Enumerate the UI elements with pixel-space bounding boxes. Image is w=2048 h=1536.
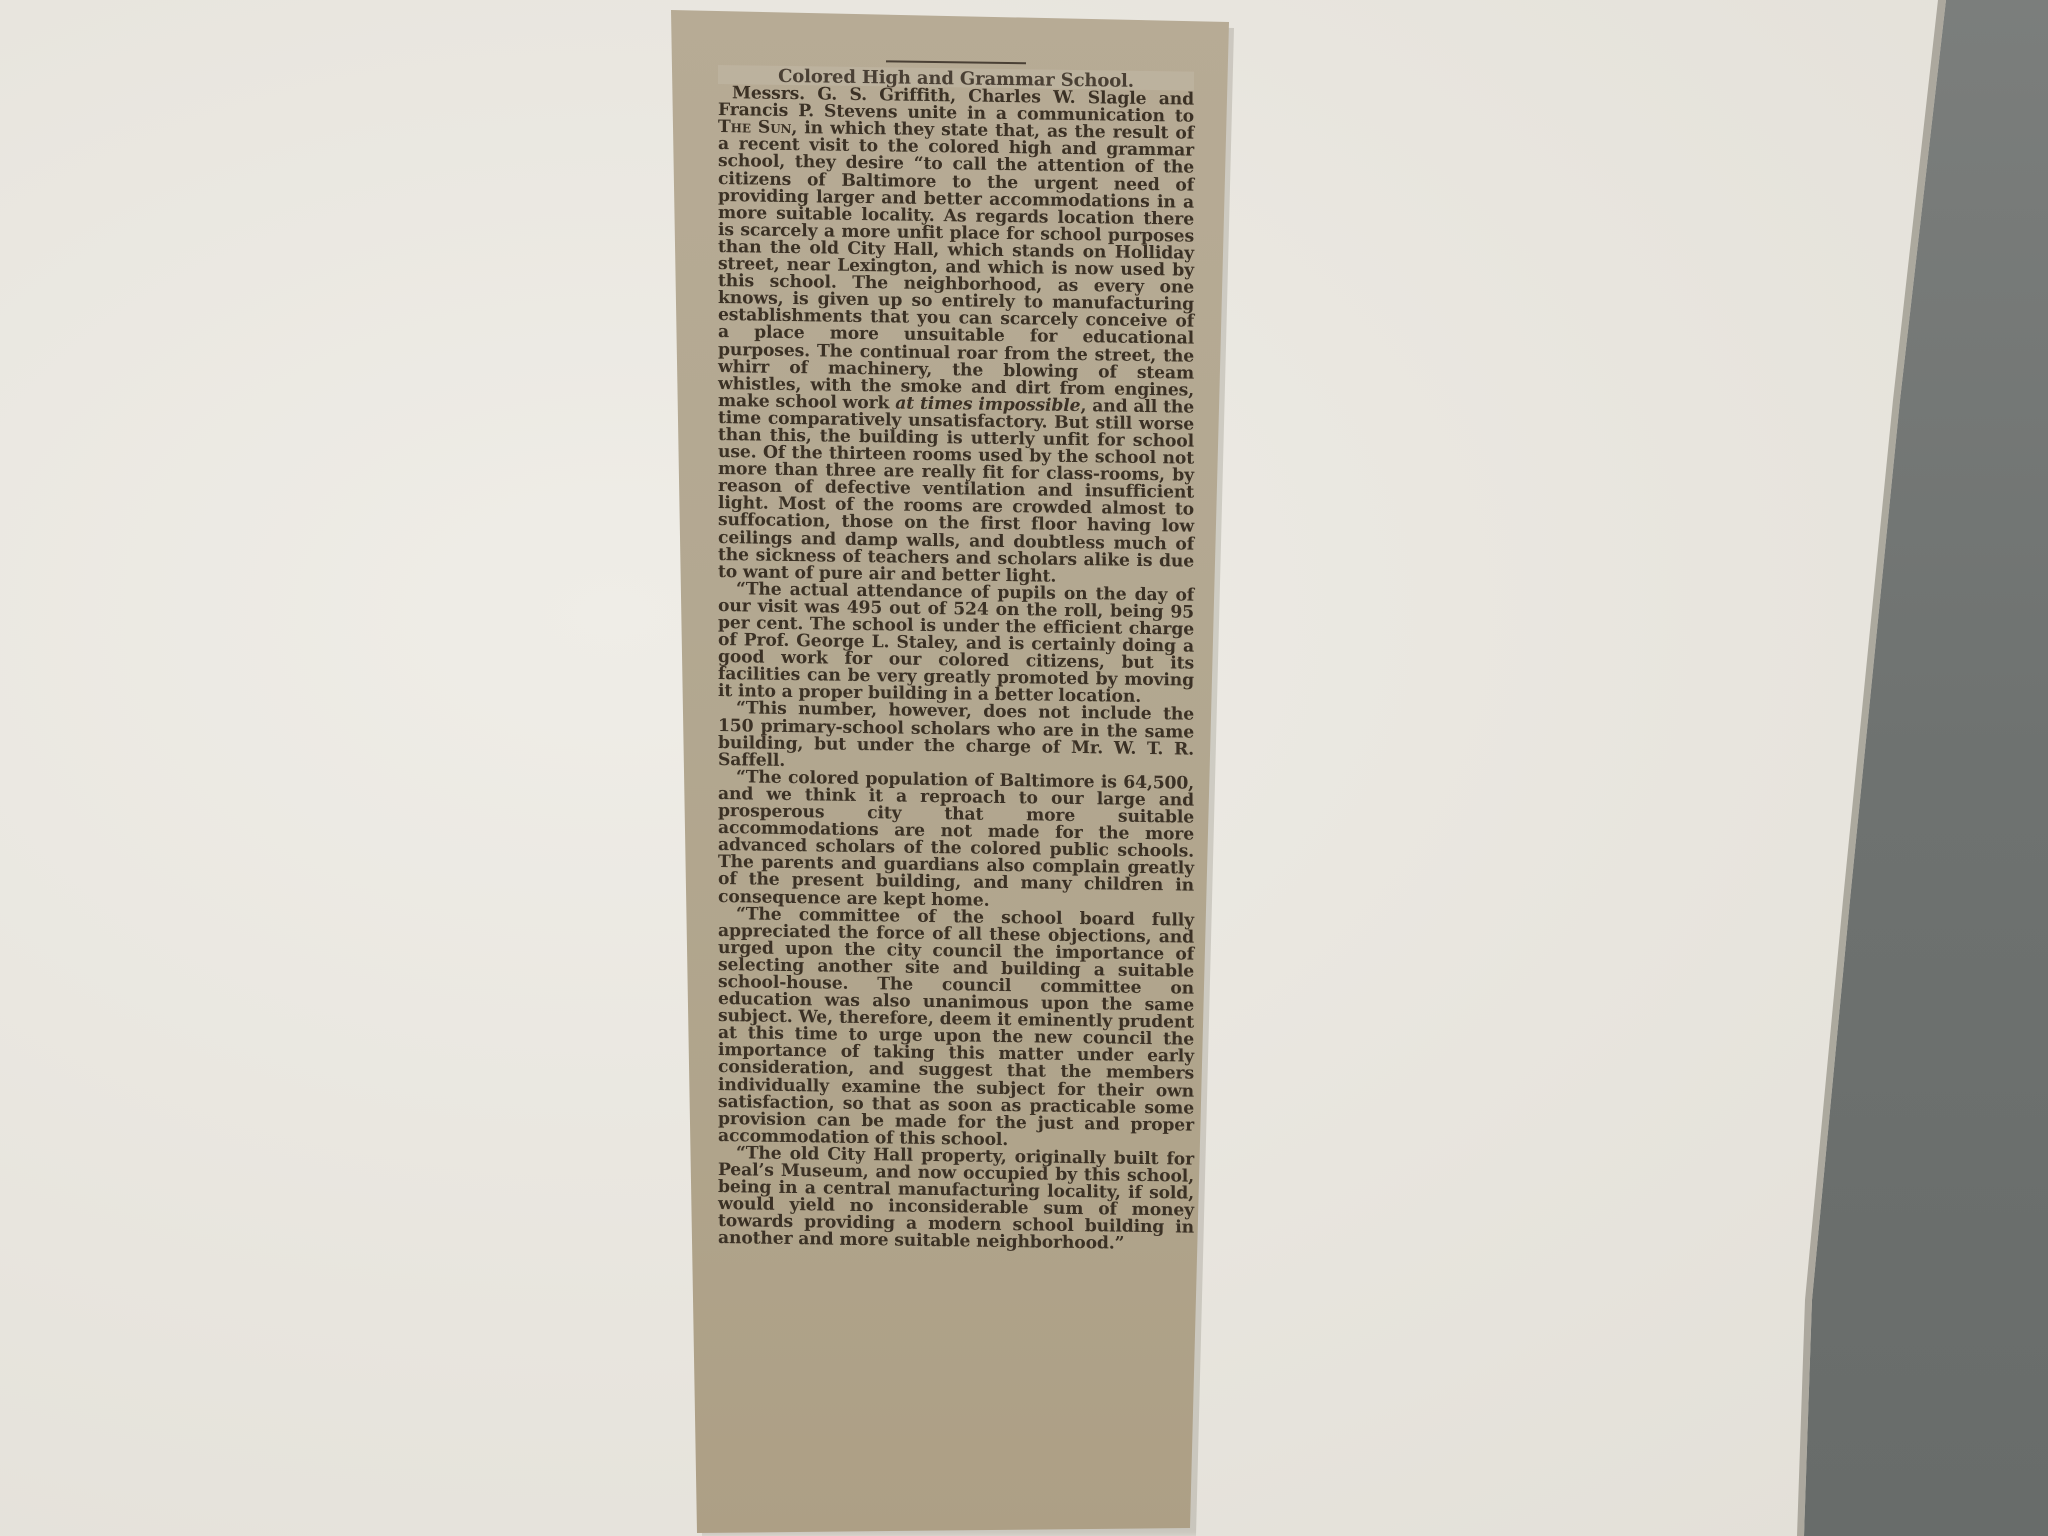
- text-run: “The actual attendance of pupils on the …: [718, 579, 1194, 707]
- article-paragraph: Messrs. G. S. Griffith, Charles W. Slagl…: [718, 85, 1194, 587]
- text-run: “The old City Hall property, originally …: [718, 1143, 1194, 1254]
- article-paragraph: “The old City Hall property, originally …: [718, 1145, 1194, 1254]
- text-run: “The committee of the school board fully…: [718, 904, 1194, 1150]
- article-paragraph: “The actual attendance of pupils on the …: [718, 581, 1194, 707]
- article-paragraph: “This number, however, does not include …: [718, 700, 1194, 775]
- article-paragraph: “The committee of the school board fully…: [718, 906, 1194, 1152]
- article: Colored High and Grammar School. Messrs.…: [718, 58, 1194, 1254]
- text-run: “The colored population of Baltimore is …: [718, 767, 1194, 910]
- text-run: , in which they state that, as the resul…: [718, 118, 1194, 413]
- text-run: “This number, however, does not include …: [718, 699, 1194, 771]
- article-body: Messrs. G. S. Griffith, Charles W. Slagl…: [718, 85, 1194, 1254]
- article-paragraph: “The colored population of Baltimore is …: [718, 769, 1194, 912]
- text-run: , and all the time comparatively unsatis…: [718, 396, 1194, 587]
- photo-scene: Colored High and Grammar School. Messrs.…: [0, 0, 2048, 1536]
